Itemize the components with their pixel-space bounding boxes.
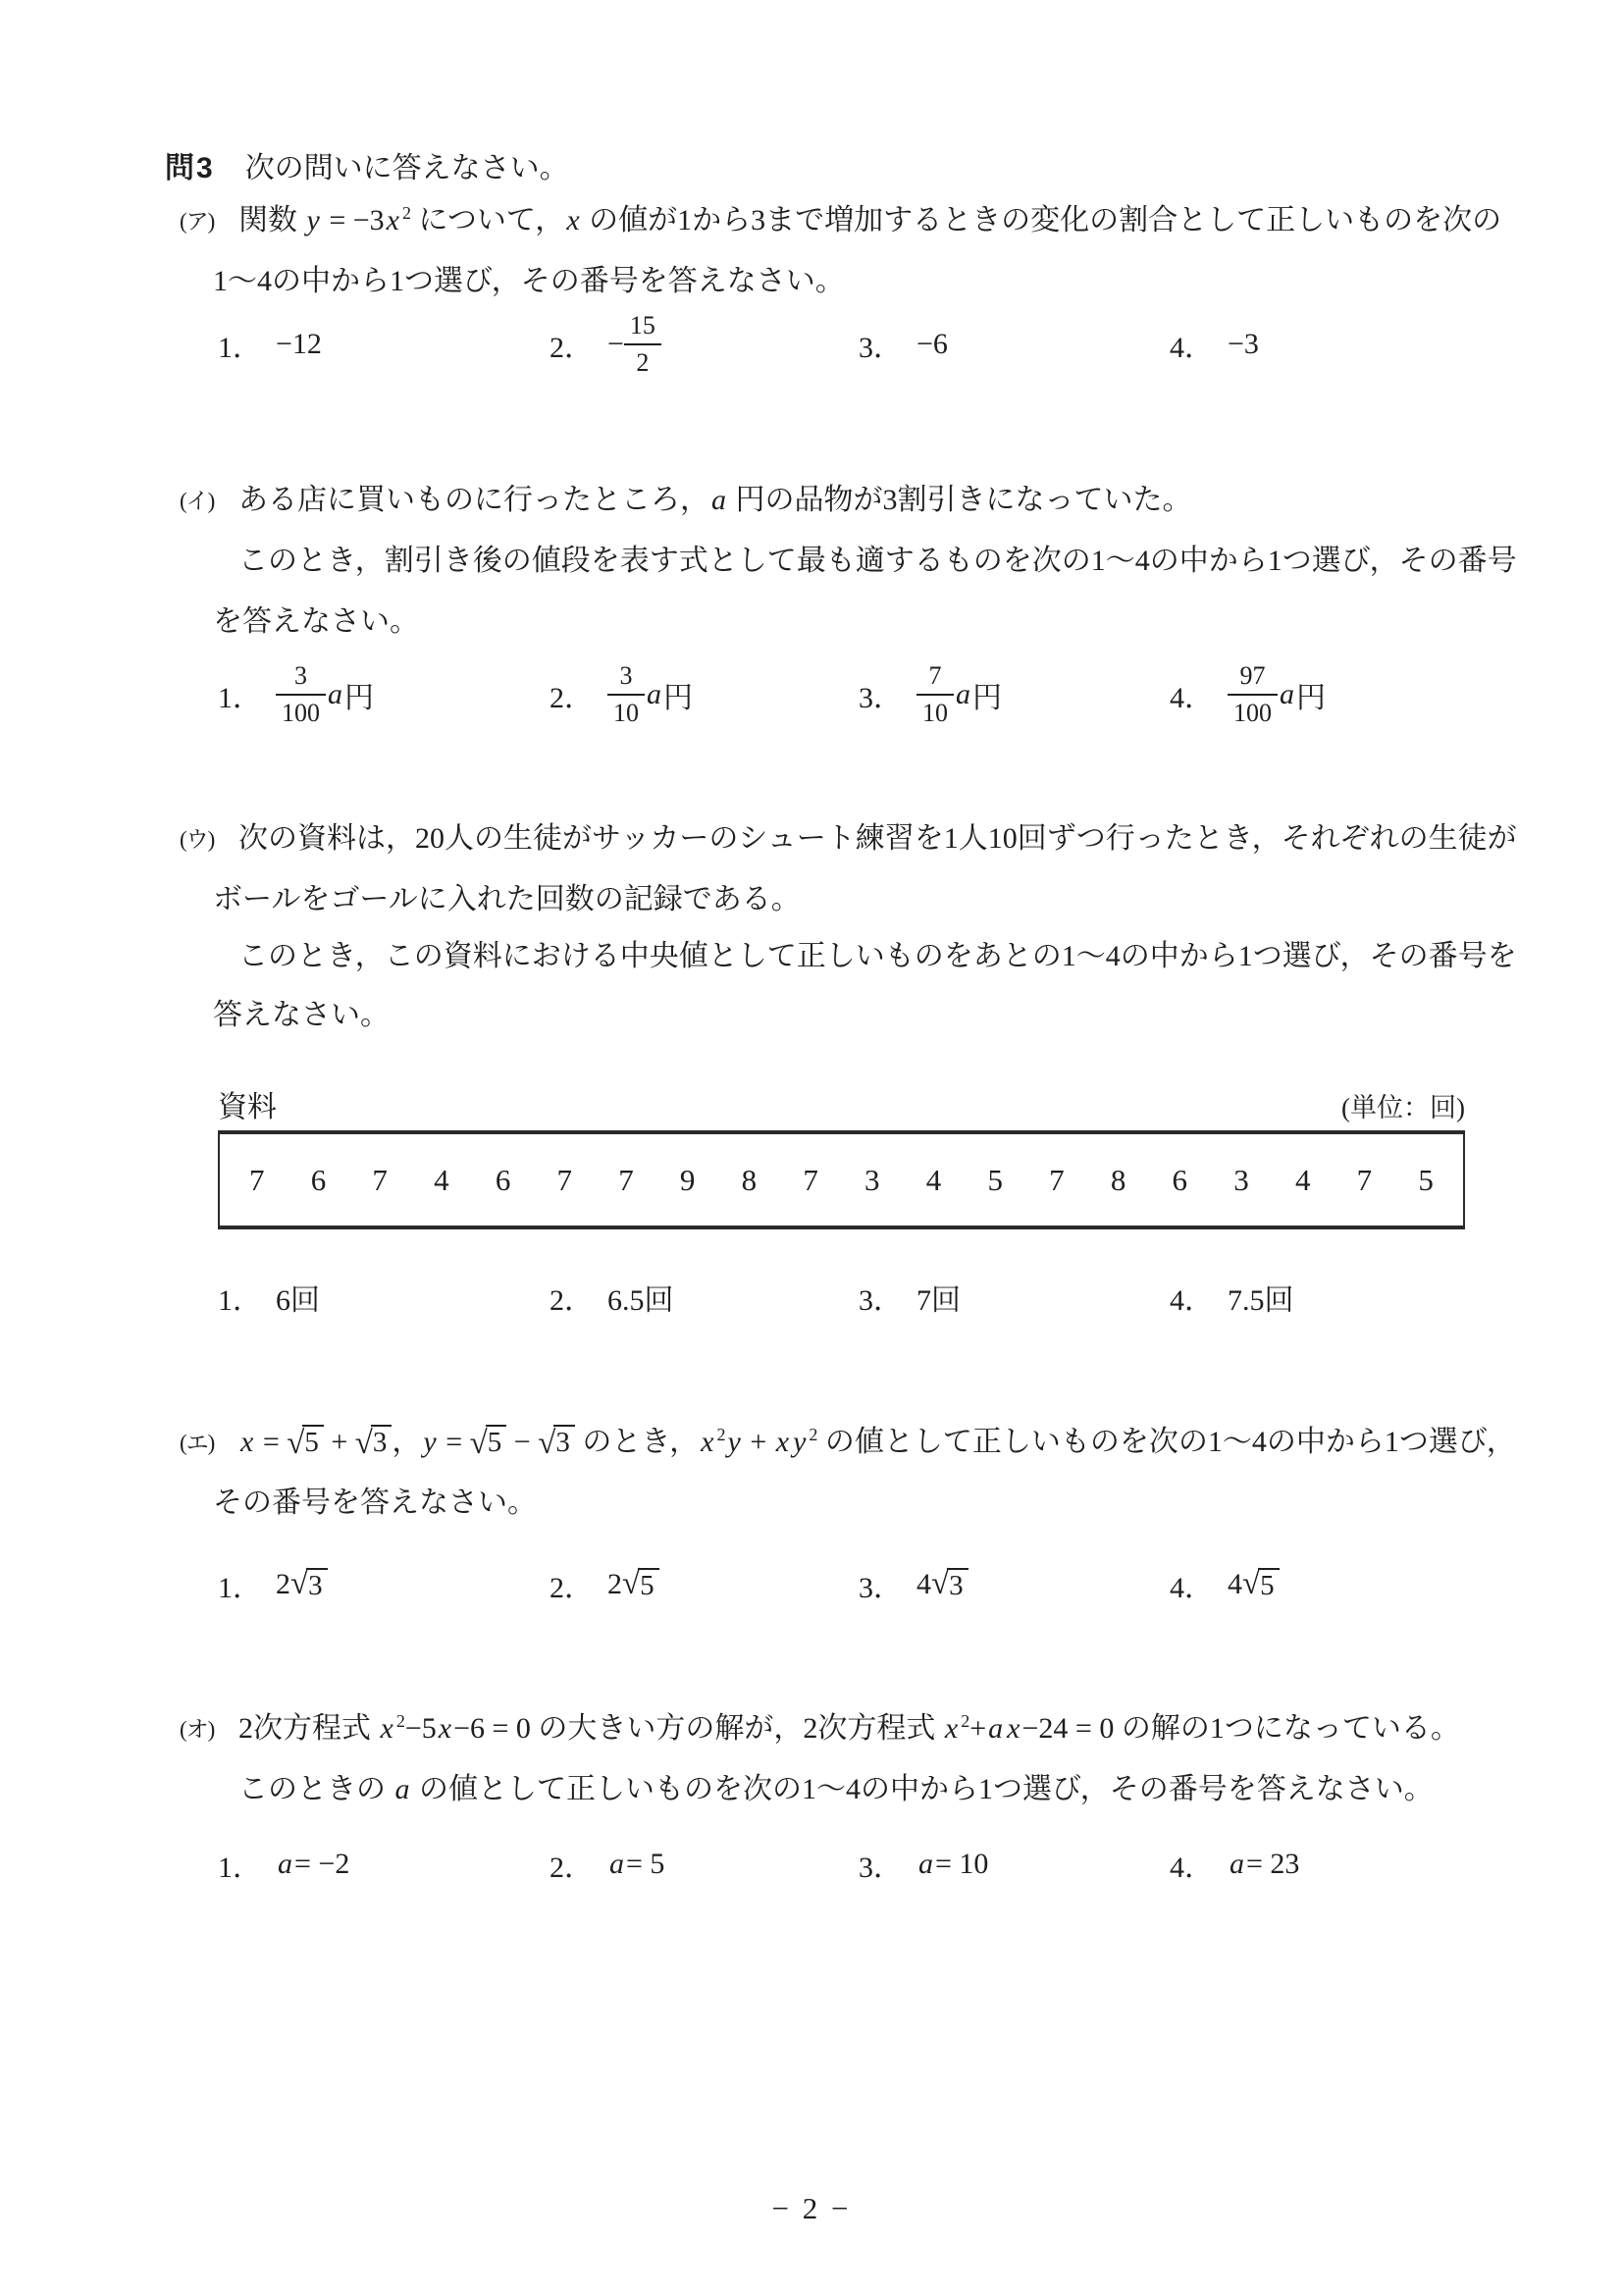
radicand: 5 <box>638 1568 659 1600</box>
text-segment: その番号を答えなさい。 <box>213 1487 537 1519</box>
data-cell: 4 <box>1295 1163 1311 1198</box>
page-number: − 2 − <box>0 2191 1623 2226</box>
choice-item: 3．−6 <box>859 323 1170 366</box>
choice-item: 2． 310a円 <box>550 658 859 731</box>
square-root: 3 <box>538 1425 575 1464</box>
exponent: 2 <box>960 1711 969 1731</box>
qa-line-1: (ア)関数 y = −3x2 について，x の値が1から3まで増加するときの変化… <box>180 201 1501 241</box>
text-segment: = <box>255 1426 287 1458</box>
square-root: 3 <box>355 1425 393 1464</box>
choice-value: 43 <box>916 1568 969 1601</box>
choice-item: 4． 45 <box>1170 1563 1280 1606</box>
exam-page: 問3次の問いに答えなさい。 (ア)関数 y = −3x2 について，x の値が1… <box>0 0 1623 2296</box>
choice-number: 2． <box>550 1843 594 1886</box>
square-root: 5 <box>622 1568 659 1601</box>
data-cell: 7 <box>372 1163 388 1198</box>
text-segment: の大きい方の解が，2次方程式 <box>531 1712 943 1745</box>
choice-number: 1． <box>218 673 262 716</box>
fraction-denominator: 100 <box>276 694 326 731</box>
choice-value: 3100a円 <box>276 658 374 731</box>
qa-label: (ア) <box>180 202 238 241</box>
fraction-denominator: 100 <box>1228 694 1278 731</box>
choice-value: 6.5回 <box>607 1276 674 1319</box>
text-segment: ， <box>392 1426 421 1458</box>
fraction-denominator: 10 <box>916 694 954 731</box>
qa-choices: 1．−12 2． −152 3．−6 4．−3 <box>218 301 1259 388</box>
choice-item: 2． a = 5 <box>550 1843 859 1886</box>
question3-number: 問3 <box>165 152 215 184</box>
choice-number: 4． <box>1170 1276 1214 1319</box>
choice-number: 1． <box>218 1843 262 1886</box>
choice-number: 1． <box>218 1563 262 1606</box>
data-cell: 3 <box>864 1163 880 1198</box>
qc-choices: 1．6回 2．6.5回 3．7回 4．7.5回 <box>218 1276 1294 1319</box>
unit-yen: 円 <box>972 673 1002 716</box>
question3-text: 次の問いに答えなさい。 <box>245 152 569 184</box>
fraction-numerator: 15 <box>624 308 661 343</box>
qb-label: (イ) <box>180 482 238 521</box>
text-segment: の値が1から3まで増加するときの変化の割合として正しいものを次の <box>582 204 1502 236</box>
fraction-denominator: 2 <box>624 343 661 381</box>
question3-heading: 問3次の問いに答えなさい。 <box>165 149 569 188</box>
fraction: 3100 <box>276 658 326 731</box>
data-cell: 7 <box>557 1163 573 1198</box>
plus-sign: + <box>743 1426 774 1458</box>
math-var-a: a <box>986 1712 1005 1745</box>
qd-label: (エ) <box>180 1424 238 1463</box>
unit-yen: 円 <box>344 673 374 716</box>
fraction-denominator: 10 <box>607 694 645 731</box>
qd-line-2: その番号を答えなさい。 <box>213 1484 537 1523</box>
math-var-a: a <box>276 1848 294 1881</box>
square-root: 3 <box>290 1568 328 1601</box>
math-segment: −6 = 0 <box>453 1712 531 1745</box>
data-table: 7 6 7 4 6 7 7 9 8 7 3 4 5 7 8 6 3 4 7 5 <box>218 1130 1465 1229</box>
choice-number: 3． <box>859 1843 903 1886</box>
text-segment: 2次方程式 <box>238 1712 379 1745</box>
qb-choices: 1． 3100a円 2． 310a円 3． 710a円 4． 97100a円 <box>218 646 1326 744</box>
choice-item: 2． 25 <box>550 1563 859 1606</box>
square-root: 5 <box>470 1425 507 1464</box>
exponent: 2 <box>401 203 411 223</box>
choice-item: 4．7.5回 <box>1170 1276 1294 1319</box>
choice-number: 4． <box>1170 1563 1214 1606</box>
text-segment: について， <box>411 204 564 236</box>
choice-value: a = −2 <box>276 1848 349 1881</box>
math-var-y: y <box>725 1426 742 1458</box>
math-var-x: x <box>1005 1712 1021 1745</box>
qe-choices: 1． a = −2 2． a = 5 3． a = 10 4． a = 23 <box>218 1843 1299 1886</box>
choice-value: 310a円 <box>607 658 693 731</box>
data-cell: 5 <box>1418 1163 1434 1198</box>
math-var-x: x <box>379 1712 395 1745</box>
choice-item: 3． 710a円 <box>859 658 1170 731</box>
math-var-a: a <box>954 678 972 711</box>
choice-value: 7回 <box>916 1276 961 1319</box>
math-segment: −5 <box>405 1712 437 1745</box>
plus-sign: + <box>324 1426 355 1458</box>
math-var-a: a <box>1228 1848 1246 1881</box>
math-var-x: x <box>238 1426 255 1458</box>
qc-line-4: 答えなさい。 <box>213 996 390 1035</box>
exponent: 2 <box>395 1711 405 1731</box>
data-cell: 7 <box>249 1163 265 1198</box>
radicand: 5 <box>302 1425 324 1457</box>
data-cell: 7 <box>1049 1163 1065 1198</box>
unit-yen: 円 <box>1296 673 1326 716</box>
choice-value: 45 <box>1228 1568 1280 1601</box>
math-var-a: a <box>645 678 663 711</box>
fraction: 152 <box>624 308 661 381</box>
plus-sign: + <box>969 1712 986 1745</box>
choice-value: a = 5 <box>607 1848 664 1881</box>
choice-number: 3． <box>859 323 903 366</box>
math-var-x: x <box>774 1426 791 1458</box>
fraction: 97100 <box>1228 658 1278 731</box>
radicand: 3 <box>306 1568 328 1600</box>
data-cell: 5 <box>987 1163 1003 1198</box>
fraction-numerator: 7 <box>916 658 954 694</box>
math-var-a: a <box>393 1773 412 1805</box>
choice-value: 710a円 <box>916 658 1002 731</box>
choice-item: 1．−12 <box>218 323 550 366</box>
text-segment: ボールをゴールに入れた回数の記録である。 <box>213 883 801 915</box>
text-segment: 円の品物が3割引きになっていた。 <box>728 484 1192 516</box>
qe-label: (オ) <box>180 1710 238 1749</box>
choice-item: 3． a = 10 <box>859 1843 1170 1886</box>
qe-line-2: このときの a の値として正しいものを次の1～4の中から1つ選び，その番号を答え… <box>213 1770 1434 1809</box>
choice-number: 3． <box>859 673 903 716</box>
choice-value: 97100a円 <box>1228 658 1326 731</box>
choice-number: 4． <box>1170 1843 1214 1886</box>
unit-yen: 円 <box>663 673 693 716</box>
text-segment: ある店に買いものに行ったところ， <box>238 484 709 516</box>
radicand: 5 <box>1258 1568 1280 1600</box>
fraction: 310 <box>607 658 645 731</box>
data-cell: 7 <box>1357 1163 1373 1198</box>
choice-value: 23 <box>276 1568 328 1601</box>
choice-value: −3 <box>1228 328 1259 361</box>
qe-line-1: (オ)2次方程式 x2−5x−6 = 0 の大きい方の解が，2次方程式 x2+a… <box>180 1709 1460 1749</box>
text-segment: このときの <box>238 1773 393 1805</box>
math-var-x: x <box>385 204 401 236</box>
choice-item: 1． a = −2 <box>218 1843 550 1886</box>
data-cell: 7 <box>618 1163 634 1198</box>
text-segment: 1～4の中から1つ選び，その番号を答えなさい。 <box>213 265 845 297</box>
data-cell: 4 <box>926 1163 942 1198</box>
data-cell: 6 <box>311 1163 327 1198</box>
choice-value: a = 10 <box>916 1848 988 1881</box>
equation-value: = −2 <box>294 1848 349 1881</box>
choice-number: 2． <box>550 673 594 716</box>
choice-number: 2． <box>550 1563 594 1606</box>
coefficient: 2 <box>276 1568 290 1601</box>
qc-line-2: ボールをゴールに入れた回数の記録である。 <box>213 880 801 919</box>
fraction-numerator: 3 <box>607 658 645 694</box>
choice-value: a = 23 <box>1228 1848 1299 1881</box>
choice-value: −12 <box>276 328 322 361</box>
coefficient: 4 <box>916 1568 931 1601</box>
coefficient: 2 <box>607 1568 622 1601</box>
math-var-y: y <box>421 1426 438 1458</box>
qc-line-1: (ウ)次の資料は，20人の生徒がサッカーのシュート練習を1人10回ずつ行ったとき… <box>180 819 1517 860</box>
data-header: 資料 (単位：回) <box>218 1082 1465 1125</box>
radicand: 5 <box>486 1425 507 1457</box>
text-segment: このとき，割引き後の値段を表す式として最も適するものを次の1～4の中から1つ選び… <box>238 545 1517 577</box>
exponent: 2 <box>808 1425 817 1444</box>
data-cell: 3 <box>1233 1163 1249 1198</box>
qc-line-3: このとき，この資料における中央値として正しいものをあとの1～4の中から1つ選び，… <box>213 937 1517 976</box>
math-segment: −24 = 0 <box>1022 1712 1115 1745</box>
choice-value: 6回 <box>276 1276 320 1319</box>
radicand: 3 <box>553 1425 575 1457</box>
choice-item: 3． 43 <box>859 1563 1170 1606</box>
choice-item: 1．6回 <box>218 1276 550 1319</box>
fraction-numerator: 97 <box>1228 658 1278 694</box>
choice-number: 3． <box>859 1276 903 1319</box>
text-segment: 答えなさい。 <box>213 999 390 1031</box>
text-segment: = <box>439 1426 470 1458</box>
equation-value: = 23 <box>1246 1848 1299 1881</box>
math-var-a: a <box>1278 678 1296 711</box>
choice-number: 1． <box>218 323 262 366</box>
qb-line-3: を答えなさい。 <box>213 602 419 642</box>
data-cell: 8 <box>742 1163 758 1198</box>
choice-item: 4． 97100a円 <box>1170 658 1326 731</box>
math-var-a: a <box>607 1848 626 1881</box>
choice-value: 25 <box>607 1568 659 1601</box>
text-segment: のとき， <box>575 1426 699 1458</box>
choice-value: −6 <box>916 328 948 361</box>
choice-number: 3． <box>859 1563 903 1606</box>
minus-sign: − <box>607 328 624 361</box>
square-root: 3 <box>931 1568 969 1601</box>
data-cell: 9 <box>680 1163 696 1198</box>
math-var-a: a <box>916 1848 935 1881</box>
radicand: 3 <box>371 1425 393 1457</box>
square-root: 5 <box>1242 1568 1280 1601</box>
fraction-numerator: 3 <box>276 658 326 694</box>
data-unit-label: (単位：回) <box>1341 1086 1465 1124</box>
radicand: 3 <box>947 1568 969 1600</box>
choice-number: 1． <box>218 1276 262 1319</box>
choice-number: 4． <box>1170 323 1214 366</box>
text-segment: 次の資料は，20人の生徒がサッカーのシュート練習を1人10回ずつ行ったとき，それ… <box>238 822 1517 855</box>
choice-item: 3．7回 <box>859 1276 1170 1319</box>
text-segment: の値として正しいものを次の1～4の中から1つ選び，その番号を答えなさい。 <box>412 1773 1434 1805</box>
choice-item: 4． a = 23 <box>1170 1843 1299 1886</box>
text-segment: の値として正しいものを次の1～4の中から1つ選び， <box>817 1426 1515 1458</box>
math-var-a: a <box>709 484 728 516</box>
math-var-x: x <box>699 1426 715 1458</box>
math-var-x: x <box>437 1712 453 1745</box>
choice-number: 2． <box>550 1276 594 1319</box>
choice-value: 7.5回 <box>1228 1276 1294 1319</box>
data-cell: 4 <box>434 1163 449 1198</box>
minus-sign: − <box>506 1426 538 1458</box>
text-segment: の解の1つになっている。 <box>1114 1712 1460 1745</box>
text-segment: 関数 <box>238 204 305 236</box>
qa-line-2: 1～4の中から1つ選び，その番号を答えなさい。 <box>213 262 845 301</box>
equation-value: = 10 <box>935 1848 988 1881</box>
data-cell: 7 <box>803 1163 818 1198</box>
exponent: 2 <box>715 1425 725 1444</box>
data-cell: 6 <box>1173 1163 1188 1198</box>
choice-number: 2． <box>550 323 594 366</box>
math-var-y: y <box>305 204 322 236</box>
choice-item: 2．6.5回 <box>550 1276 859 1319</box>
square-root: 5 <box>287 1425 324 1464</box>
math-var-x: x <box>564 204 581 236</box>
choice-item: 1． 23 <box>218 1563 550 1606</box>
choice-item: 1． 3100a円 <box>218 658 550 731</box>
data-cell: 6 <box>496 1163 511 1198</box>
choice-item: 4．−3 <box>1170 323 1259 366</box>
choice-number: 4． <box>1170 673 1214 716</box>
equation-value: = 5 <box>626 1848 664 1881</box>
fraction: 710 <box>916 658 954 731</box>
text-segment: を答えなさい。 <box>213 605 419 638</box>
qc-label: (ウ) <box>180 820 238 860</box>
math-var-x: x <box>943 1712 960 1745</box>
qb-line-1: (イ)ある店に買いものに行ったところ，a 円の品物が3割引きになっていた。 <box>180 481 1192 521</box>
math-var-a: a <box>326 678 344 711</box>
math-var-y: y <box>791 1426 808 1458</box>
coefficient: 4 <box>1228 1568 1242 1601</box>
choice-item: 2． −152 <box>550 308 859 381</box>
qd-choices: 1． 23 2． 25 3． 43 4． 45 <box>218 1560 1280 1609</box>
data-cell: 8 <box>1111 1163 1126 1198</box>
text-segment: = −3 <box>322 204 385 236</box>
qd-line-1: (エ)x = 5 + 3，y = 5 − 3 のとき，x2y + xy2 の値と… <box>180 1423 1516 1464</box>
text-segment: このとき，この資料における中央値として正しいものをあとの1～4の中から1つ選び，… <box>238 940 1517 972</box>
data-label: 資料 <box>218 1082 277 1125</box>
choice-value: −152 <box>607 308 661 381</box>
qb-line-2: このとき，割引き後の値段を表す式として最も適するものを次の1～4の中から1つ選び… <box>213 542 1517 581</box>
